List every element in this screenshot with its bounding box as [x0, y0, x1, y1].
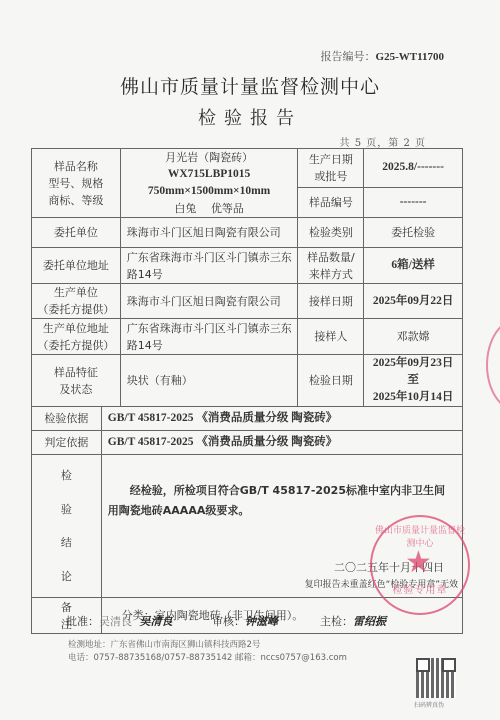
footer-address: 检测地址：广东省佛山市南海区狮山镇科技西路2号 — [68, 638, 260, 650]
client-label: 委托单位 — [32, 218, 121, 248]
approve-name: 吴清良 — [99, 615, 132, 628]
receive-date: 2025年09月22日 — [364, 284, 463, 319]
producer-address-label-1: 生产单位地址 — [35, 320, 117, 337]
report-number-label: 报告编号： — [321, 50, 376, 63]
sample-name-label: 样品名称 — [35, 158, 117, 175]
review-block: 审核：钟滋峰 — [212, 613, 278, 629]
inspection-type-label: 检验类别 — [298, 218, 364, 248]
prod-date-label-1: 生产日期 — [301, 151, 360, 168]
conclusion-label-char: 检 — [61, 467, 72, 484]
producer-address-label-2: （委托方提供） — [35, 337, 117, 354]
receiver: 邓款嫦 — [364, 319, 463, 355]
inspector-label: 主检： — [320, 615, 353, 628]
inspection-date-end: 2025年10月14日 — [367, 389, 459, 406]
sample-name: 月光岩（陶瓷砖） — [124, 149, 295, 166]
approve-signature: 吴清良 — [140, 615, 173, 628]
conclusion-text: 经检验，所检项目符合GB/T 45817-2025标准中室内非卫生间用陶瓷地砖A… — [108, 481, 459, 521]
quantity-label-2: 来样方式 — [301, 266, 360, 283]
report-number-value: G25-WT11700 — [376, 51, 444, 63]
basis: GB/T 45817-2025 《消费品质量分级 陶瓷砖》 — [101, 407, 462, 431]
report-title: 检验报告 — [0, 104, 500, 130]
conclusion-label-char: 论 — [61, 568, 72, 585]
page-info: 共 5 页，第 2 页 — [340, 134, 426, 149]
model-spec-label: 型号、规格 — [35, 175, 117, 192]
model: WX715LBP1015 — [124, 166, 295, 183]
organization-name: 佛山市质量计量监督检测中心 — [0, 72, 500, 99]
inspection-type: 委托检验 — [364, 218, 463, 248]
sample-state-label-2: 及状态 — [35, 381, 117, 398]
prod-date-label-cell: 生产日期 或批号 — [298, 149, 364, 188]
client-address-label: 委托单位地址 — [32, 248, 121, 284]
receiver-label: 接样人 — [298, 319, 364, 355]
producer-address: 广东省珠海市斗门区斗门镇赤三东路14号 — [120, 319, 298, 355]
sample-state-label-1: 样品特征 — [35, 364, 117, 381]
review-label: 审核： — [212, 615, 245, 628]
partial-seal-stamp — [486, 318, 500, 412]
prod-date: 2025.8/------- — [364, 149, 463, 188]
quantity-label-cell: 样品数量/ 来样方式 — [298, 248, 364, 284]
report-number: 报告编号：G25-WT11700 — [321, 48, 444, 64]
qr-caption: 扫码辨真伪 — [414, 700, 444, 709]
prod-date-label-2: 或批号 — [301, 168, 360, 185]
producer-label-2: （委托方提供） — [35, 301, 117, 318]
report-table: 样品名称 型号、规格 商标、等级 月光岩（陶瓷砖） WX715LBP1015 7… — [31, 148, 463, 634]
basis-label: 检验依据 — [32, 407, 102, 431]
judgement-label: 判定依据 — [32, 431, 102, 455]
inspection-date-cell: 2025年09月23日至 2025年10月14日 — [364, 355, 463, 407]
client: 珠海市斗门区旭日陶瓷有限公司 — [120, 218, 298, 248]
conclusion-label-char: 结 — [61, 534, 72, 551]
inspection-date-start: 2025年09月23日至 — [367, 355, 459, 389]
sample-name-cell: 月光岩（陶瓷砖） WX715LBP1015 750mm×1500mm×10mm … — [120, 149, 298, 218]
judgement: GB/T 45817-2025 《消费品质量分级 陶瓷砖》 — [101, 431, 462, 455]
producer-address-label-cell: 生产单位地址 （委托方提供） — [32, 319, 121, 355]
review-signature: 钟滋峰 — [245, 615, 278, 628]
inspection-date-label: 检验日期 — [298, 355, 364, 407]
sample-state: 块状（有釉） — [120, 355, 298, 407]
sample-state-label-cell: 样品特征 及状态 — [32, 355, 121, 407]
producer-label-1: 生产单位 — [35, 284, 117, 301]
producer-label-cell: 生产单位 （委托方提供） — [32, 284, 121, 319]
qr-code-icon[interactable] — [416, 658, 456, 698]
brand-grade-label: 商标、等级 — [35, 192, 117, 209]
inspector-block: 主检：雷绍振 — [320, 613, 386, 629]
spec: 750mm×1500mm×10mm — [124, 183, 295, 200]
conclusion-cell: 经检验，所检项目符合GB/T 45817-2025标准中室内非卫生间用陶瓷地砖A… — [101, 455, 462, 598]
sample-no: ------- — [364, 187, 463, 217]
receive-date-label: 接样日期 — [298, 284, 364, 319]
footer-contact: 电话：0757-88735168/0757-88735142 邮箱：nccs07… — [68, 651, 347, 663]
conclusion-label-char: 验 — [61, 501, 72, 518]
quantity: 6箱/送样 — [364, 248, 463, 284]
client-address: 广东省珠海市斗门区斗门镇赤三东路14号 — [120, 248, 298, 284]
approve-label: 批准： — [66, 615, 99, 628]
conclusion-label-cell: 检 验 结 论 — [32, 455, 102, 598]
approve-block: 批准：吴清良 吴清良 — [66, 613, 173, 629]
sample-no-label: 样品编号 — [298, 187, 364, 217]
producer: 珠海市斗门区旭日陶瓷有限公司 — [120, 284, 298, 319]
brand-grade: 白兔 优等品 — [124, 200, 295, 217]
conclusion-note: 复印报告未重盖红色“检验专用章”无效 — [305, 577, 458, 594]
inspector-signature: 雷绍振 — [353, 615, 386, 628]
sample-name-label-cell: 样品名称 型号、规格 商标、等级 — [32, 149, 121, 218]
quantity-label-1: 样品数量/ — [301, 249, 360, 266]
conclusion-date: 二〇二五年十月十四日 — [334, 559, 444, 576]
